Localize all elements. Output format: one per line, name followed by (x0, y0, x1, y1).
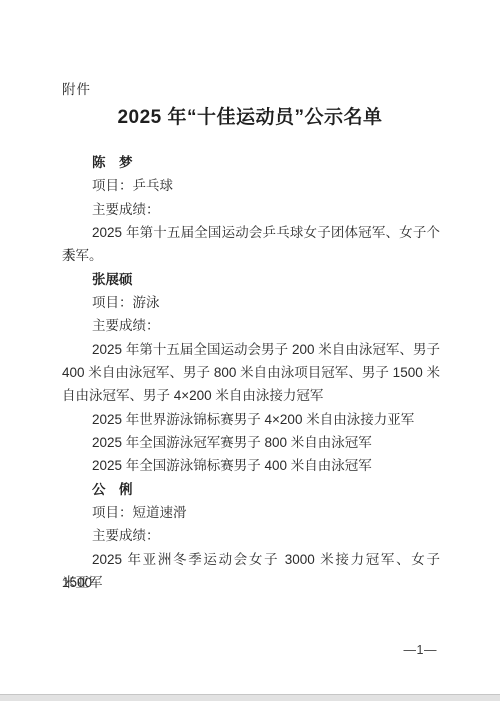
attachment-label: 附件 (62, 78, 91, 98)
body-text-block: 陈 梦 项目：乒乓球 主要成绩： 2025 年第十五届全国运动会乒乓球女子团体冠… (62, 151, 440, 594)
athlete-name: 公 俐 (62, 478, 440, 501)
results-label: 主要成绩： (62, 198, 440, 221)
result-line: 季军。 (62, 244, 440, 267)
result-line: 2025 年第十五届全国运动会乒乓球女子团体冠军、女子个人 (62, 221, 440, 244)
result-line: 2025 年亚洲冬季运动会女子 3000 米接力冠军、女子 1500 (62, 548, 440, 571)
result-line: 米亚军 (62, 571, 440, 594)
result-line: 2025 年全国游泳冠军赛男子 800 米自由泳冠军 (62, 431, 440, 454)
page-number: —1— (404, 643, 437, 657)
results-label: 主要成绩： (62, 314, 440, 337)
sport-line: 项目：乒乓球 (62, 174, 440, 197)
sport-line: 项目：游泳 (62, 291, 440, 314)
result-line: 2025 年世界游泳锦标赛男子 4×200 米自由泳接力亚军 (62, 408, 440, 431)
athlete-name: 陈 梦 (62, 151, 440, 174)
result-line: 400 米自由泳冠军、男子 800 米自由泳项目冠军、男子 1500 米 (62, 361, 440, 384)
result-line: 2025 年全国游泳锦标赛男子 400 米自由泳冠军 (62, 454, 440, 477)
results-label: 主要成绩： (62, 524, 440, 547)
athlete-name: 张展硕 (62, 268, 440, 291)
document-page: 附件 2025 年“十佳运动员”公示名单 陈 梦 项目：乒乓球 主要成绩： 20… (0, 0, 500, 701)
document-title: 2025 年“十佳运动员”公示名单 (0, 102, 500, 129)
result-line: 自由泳冠军、男子 4×200 米自由泳接力冠军 (62, 384, 440, 407)
scan-edge-divider (0, 694, 500, 701)
sport-line: 项目：短道速滑 (62, 501, 440, 524)
result-line: 2025 年第十五届全国运动会男子 200 米自由泳冠军、男子 (62, 338, 440, 361)
